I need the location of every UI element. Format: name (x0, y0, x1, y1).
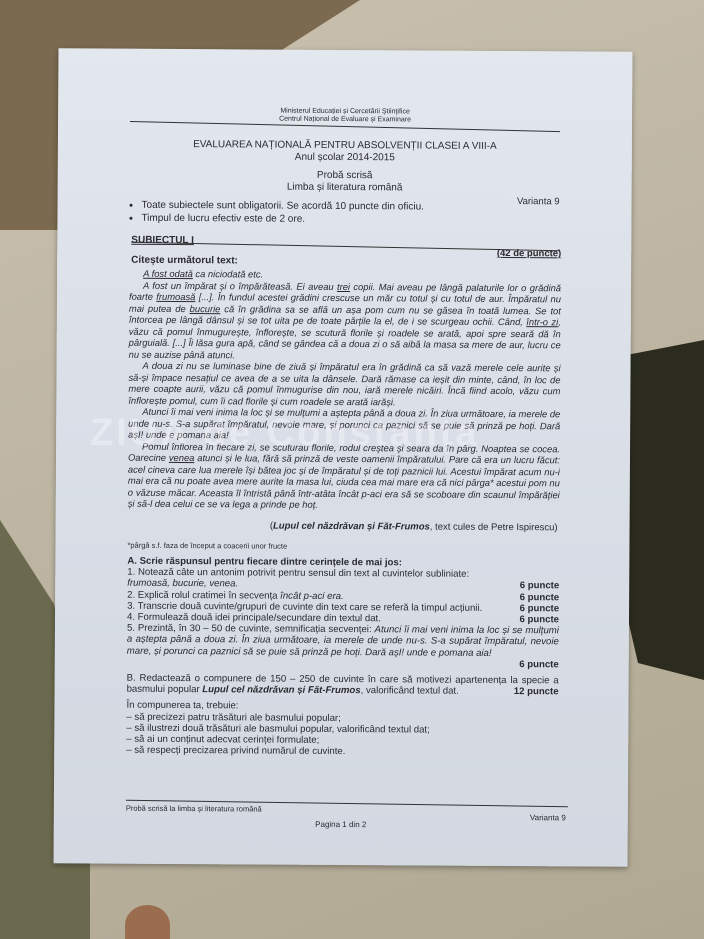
underlined-word: venea (169, 452, 195, 463)
read-instruction: Citește următorul text: (131, 255, 238, 267)
task-item: 1. Notează câte un antonim potrivit pent… (127, 567, 559, 592)
exam-subject: Limba și literatura română (58, 180, 632, 196)
variant-label: Varianta 9 (517, 196, 560, 207)
task-points: 6 puncte (520, 614, 560, 625)
tasks-section: A. Scrie răspunsul pentru fiecare dintre… (126, 556, 559, 759)
requirement-item: – să respecți precizarea privind numărul… (126, 745, 558, 759)
task-italic: încât p-aci era. (280, 590, 344, 601)
underlined-word: bucurie (190, 303, 221, 314)
task-item: 5. Prezintă, în 30 – 50 de cuvinte, semn… (127, 623, 559, 659)
task-b-text: , valorificând textul dat. (361, 685, 459, 697)
section-title: SUBIECTUL I (131, 235, 194, 246)
source-work-title: Lupul cel năzdrăvan și Făt-Frumos (273, 521, 430, 533)
task-points: 6 puncte (520, 580, 560, 591)
section-points: (42 de puncte) (497, 248, 561, 259)
task-italic: frumoasă, bucurie, venea. (127, 578, 238, 590)
underlined-word: trei (337, 280, 350, 291)
source-author: , text cules de Petre Ispirescu) (430, 522, 558, 534)
finger (125, 905, 170, 939)
underlined-phrase: A fost odată (143, 268, 193, 279)
text-paragraph: A doua zi nu se luminase bine de ziuă și… (128, 360, 560, 409)
text-paragraph: Atunci îi mai veni inima la loc și se mu… (128, 406, 560, 443)
exam-paper: Ministerul Educației și Cercetării Știin… (54, 48, 633, 866)
rules-list: Toate subiectele sunt obligatorii. Se ac… (127, 199, 424, 227)
task-text: 2. Explică rolul cratimei în secvența (127, 589, 280, 601)
text-paragraph: A fost un împărat și o împărăteasă. Ei a… (129, 279, 561, 362)
school-year: Anul școlar 2014-2015 (58, 150, 632, 166)
exam-title: EVALUAREA NAȚIONALĂ PENTRU ABSOLVENȚII C… (58, 138, 632, 166)
task-points: 6 puncte (520, 603, 560, 614)
task-points: 6 puncte (520, 592, 560, 603)
rule-item: Timpul de lucru efectiv este de 2 ore. (141, 212, 423, 227)
task-b-points: 12 puncte (514, 686, 559, 697)
text-span: ca niciodată etc. (193, 268, 263, 279)
text-span: A fost un împărat și o împărăteasă. Ei a… (143, 279, 337, 291)
exam-subtitle: Probă scrisă Limba și literatura română (58, 168, 632, 196)
underlined-word: frumoasă (156, 291, 195, 302)
reading-text: A fost odată ca niciodată etc. A fost un… (128, 268, 561, 512)
underlined-word: într-o zi (526, 316, 558, 327)
footnote: *pârgă s.f. faza de început a coacerii u… (127, 541, 287, 551)
text-paragraph: Pomul înflorea în fiecare zi, se scutura… (128, 440, 560, 512)
task-b: B. Redactează o compunere de 150 – 250 d… (127, 673, 559, 698)
section-divider (131, 242, 559, 252)
task-points: 6 puncte (519, 659, 559, 670)
text-source: (Lupul cel năzdrăvan și Făt-Frumos, text… (270, 521, 558, 534)
task-b-work-title: Lupul cel năzdrăvan și Făt-Frumos (202, 684, 360, 696)
footer-left: Probă scrisă la limba și literatura româ… (126, 804, 262, 814)
header-institution: Ministerul Educației și Cercetării Știin… (58, 106, 632, 126)
